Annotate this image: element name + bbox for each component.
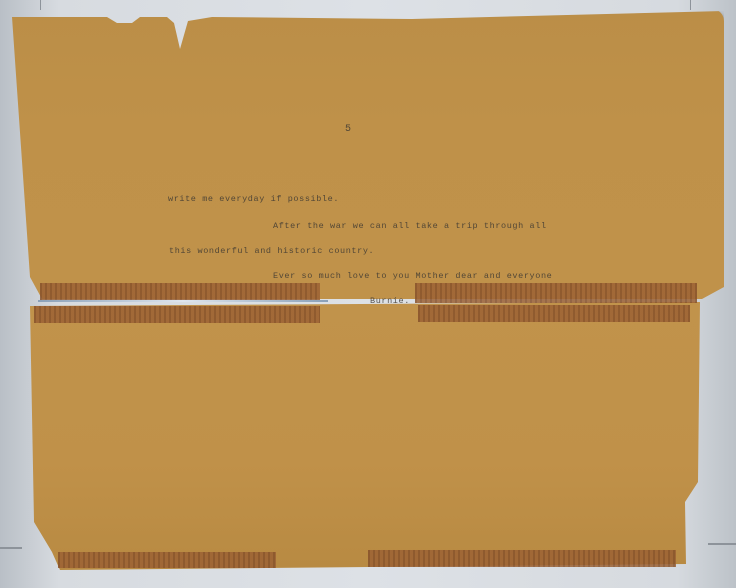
letter-paper-bottom-half — [30, 302, 702, 570]
repair-tape — [34, 306, 320, 323]
page-number: 5 — [345, 124, 352, 135]
letter-line-3: this wonderful and historic country. — [169, 246, 374, 256]
repair-tape — [58, 552, 276, 568]
tear-line — [38, 300, 328, 302]
letter-line-2: After the war we can all take a trip thr… — [273, 221, 547, 231]
letter-line-4: Ever so much love to you Mother dear and… — [273, 271, 552, 281]
wall-line — [690, 0, 691, 10]
repair-tape — [368, 550, 676, 567]
wall-line — [40, 0, 41, 10]
wall-line — [0, 547, 22, 549]
repair-tape — [418, 305, 690, 322]
letter-line-1: write me everyday if possible. — [168, 194, 339, 204]
wall-line — [708, 543, 736, 545]
repair-tape — [40, 283, 320, 300]
repair-tape — [415, 283, 697, 303]
letter-signature: Burnie. — [370, 296, 410, 306]
